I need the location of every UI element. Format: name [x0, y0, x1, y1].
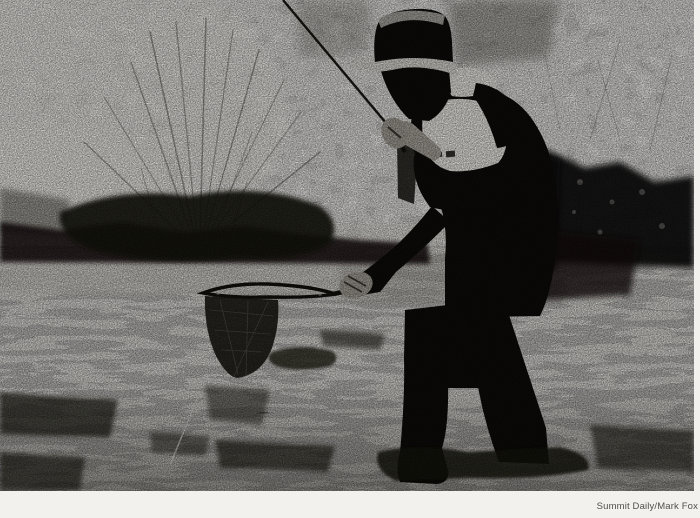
- film-grain-overlay: [0, 0, 694, 491]
- right-margin: [694, 0, 700, 518]
- photo-canvas: [0, 0, 700, 518]
- bottom-margin: [0, 491, 700, 518]
- photo-credit: Summit Daily/Mark Fox: [597, 501, 698, 513]
- newspaper-photo: Summit Daily/Mark Fox: [0, 0, 700, 518]
